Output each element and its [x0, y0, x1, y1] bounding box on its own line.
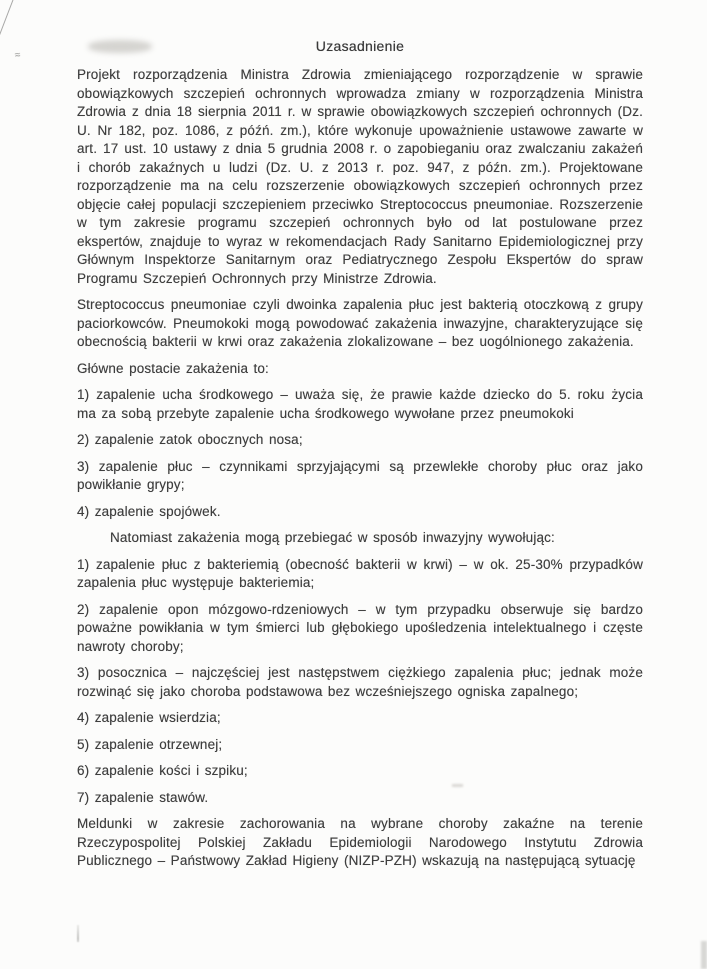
scan-artifact-pencil-mark: ≈ — [14, 50, 21, 62]
scanned-document-page: ≈ Uzasadnienie Projekt rozporządzenia Mi… — [0, 0, 707, 969]
paragraph-bacteria-overview: Streptococcus pneumoniae czyli dwoinka z… — [77, 296, 643, 352]
document-title: Uzasadnienie — [77, 38, 643, 54]
paragraph-intro: Projekt rozporządzenia Ministra Zdrowia … — [77, 66, 643, 288]
invasive-item-5: 5) zapalenie otrzewnej; — [77, 736, 643, 755]
localized-item-3: 3) zapalenie płuc – czynnikami sprzyjają… — [77, 458, 643, 495]
scan-artifact-diagonal-line — [0, 0, 15, 75]
scan-artifact-corner-shade — [701, 941, 707, 969]
invasive-item-3: 3) posocznica – najczęściej jest następs… — [77, 664, 643, 701]
document-content: Uzasadnienie Projekt rozporządzenia Mini… — [77, 38, 643, 879]
invasive-item-1: 1) zapalenie płuc z bakteriemią (obecnoś… — [77, 556, 643, 593]
invasive-item-2: 2) zapalenie opon mózgowo-rdzeniowych – … — [77, 601, 643, 657]
scan-artifact-bottom-mark — [77, 925, 79, 942]
localized-item-2: 2) zapalenie zatok obocznych nosa; — [77, 431, 643, 450]
invasive-infections-heading: Natomiast zakażenia mogą przebiegać w sp… — [77, 529, 643, 548]
invasive-item-7: 7) zapalenie stawów. — [77, 789, 643, 808]
localized-item-1: 1) zapalenie ucha środkowego – uważa się… — [77, 386, 643, 423]
invasive-item-4: 4) zapalenie wsierdzia; — [77, 709, 643, 728]
invasive-item-6: 6) zapalenie kości i szpiku; — [77, 762, 643, 781]
paragraph-closing: Meldunki w zakresie zachorowania na wybr… — [77, 815, 643, 871]
localized-item-4: 4) zapalenie spojówek. — [77, 503, 643, 522]
localized-infections-heading: Główne postacie zakażenia to: — [77, 360, 643, 379]
